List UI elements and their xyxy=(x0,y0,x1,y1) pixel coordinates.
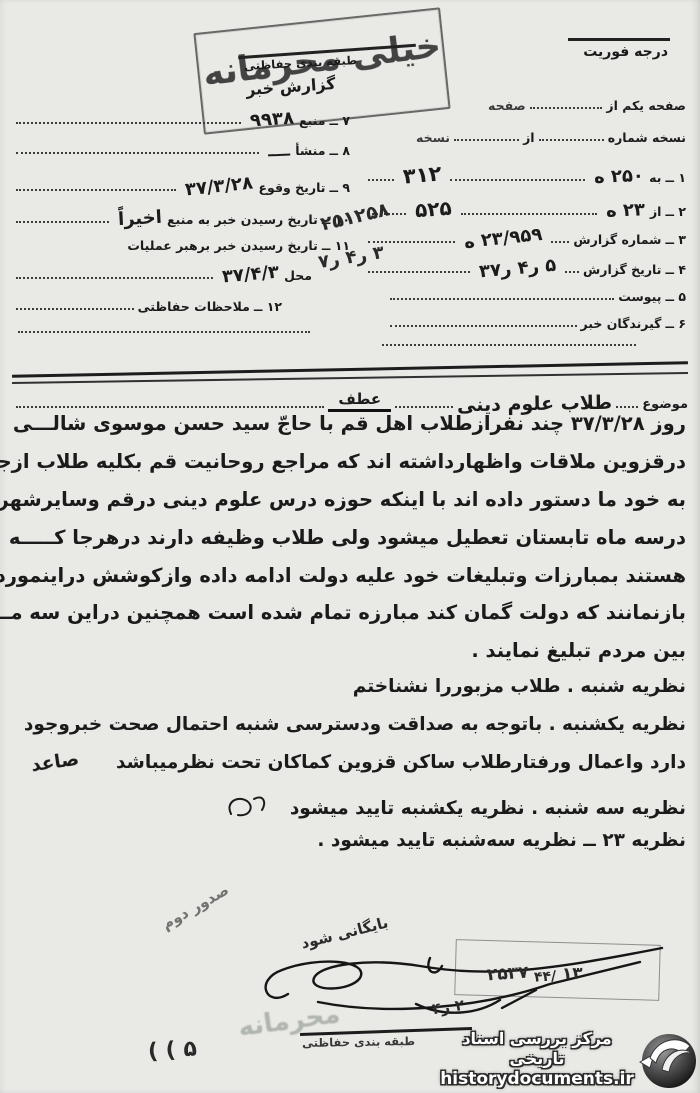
field-row-4-report-date: ۴ ــ تاریخ گزارش ۵ ر۴ ر۳۷ xyxy=(364,258,686,277)
small-signature-icon xyxy=(223,792,269,822)
corner-marks-handwriting: ( ( ۵ xyxy=(147,1036,197,1064)
field-row-8-origin: ۸ ــ منشأ ــــ xyxy=(12,141,350,158)
receipt-stamp-number3: ۱۳ xyxy=(562,964,583,985)
opinion-saturday: نظریه شنبه . طلاب مزبوررا نشناختم xyxy=(12,676,686,697)
dotted-leader xyxy=(395,406,453,408)
handwritten-value: ۲۵۰ ه xyxy=(594,165,645,188)
dotted-leader xyxy=(368,271,470,273)
urgency-rule xyxy=(568,38,670,41)
dotted-leader xyxy=(551,241,569,243)
field-number: ۳ ــ xyxy=(665,232,686,247)
field-row-11-place: محل ۳۷/۴/۳ xyxy=(12,264,312,283)
receipt-stamp-number: ۲۵۳۷ xyxy=(486,963,529,986)
field-number: ۹ ــ xyxy=(329,180,350,195)
dotted-leader xyxy=(16,221,109,223)
copy-of-label: از xyxy=(523,130,534,145)
issue-note-handwriting: صدور دوم xyxy=(158,881,231,934)
page-count-row: صفحه یکم از صفحه xyxy=(488,98,686,113)
copy-suffix: نسخه xyxy=(416,130,450,145)
dotted-leader xyxy=(454,139,519,141)
field-row-9-occurrence-date: ۹ ــ تاریخ وقوع ۳۷/۳/۲۸ xyxy=(12,176,350,195)
subject-row: موضوع طلاب علوم دینی عطف xyxy=(12,390,688,412)
handwritten-value: ۳۷/۴/۳ xyxy=(221,262,280,288)
dotted-leader xyxy=(16,406,324,408)
place-label: محل xyxy=(284,268,312,283)
dotted-leader xyxy=(18,331,310,333)
body-line: درقزوین ملاقات واظهارداشته اند که مراجع … xyxy=(12,450,686,473)
dotted-leader xyxy=(461,213,597,215)
opinion-23: نظریه ۲۳ ــ نظریه سه‌شنبه تایید میشود . xyxy=(12,830,686,851)
body-line: بین مردم تبلیغ نمایند . xyxy=(12,639,686,662)
field-row-2-from: ۲ ــ از ۲۳ ه ۵۲۵ xyxy=(364,197,686,219)
watermark: مرکز بررسی اسناد تاریخی historydocuments… xyxy=(438,1026,700,1093)
dotted-leader xyxy=(16,152,259,154)
field-label: تاریخ وقوع xyxy=(258,180,325,195)
page-count-label: صفحه یکم از xyxy=(606,98,686,113)
watermark-text: مرکز بررسی اسناد تاریخی historydocuments… xyxy=(438,1029,636,1090)
body-line: روز ۳۷/۳/۲۸ چند نفرازطلاب اهل قم با حاجّ… xyxy=(12,412,686,435)
body-line: هستند بمبارزات وتبلیغات خود علیه دولت اد… xyxy=(12,564,686,587)
field-label: منبع xyxy=(299,113,325,128)
field-label: به xyxy=(649,170,661,185)
dotted-leader xyxy=(16,189,176,191)
field-number: ۲ ــ xyxy=(665,204,686,219)
dotted-leader xyxy=(390,298,614,300)
dotted-leader xyxy=(16,122,241,124)
field-label: تاریخ گزارش xyxy=(583,262,661,277)
handwritten-value: ــــ xyxy=(268,141,291,161)
handwritten-value: اخیراً xyxy=(118,207,163,230)
bottom-classification-label: طبقه بندی حفاظتی xyxy=(302,1034,415,1050)
body-line: بازنمانند که دولت گمان کند مبارزه تمام ش… xyxy=(12,601,686,624)
handwritten-extra: ۳۱۲ xyxy=(402,161,442,188)
field-number: ۱۲ ــ xyxy=(254,299,282,314)
handwritten-value: ۳۷/۳/۲۸ xyxy=(184,172,254,200)
field-row-7-source: ۷ ــ منبع ۹۹۳۸ xyxy=(12,109,350,128)
document-page: درجه فوریت خیلی محرمانه طبقه بندی حفاظتی… xyxy=(0,0,700,1093)
field-label: شماره گزارش xyxy=(573,232,661,247)
field-label: تاریخ رسیدن خبر به منبع xyxy=(167,212,318,227)
field-row-12-security-notes: ۱۲ ــ ملاحظات حفاظتی xyxy=(12,299,282,314)
field-number: ۷ ــ xyxy=(329,113,350,128)
urgency-heading: درجه فوریت xyxy=(583,44,668,60)
blank-dotted-row xyxy=(14,331,314,337)
dotted-leader xyxy=(530,107,603,109)
copy-number-row: نسخه شماره از نسخه xyxy=(416,130,686,145)
receipt-stamp-number2: ۴۴/ xyxy=(534,968,557,985)
field-label: گیرندگان خبر xyxy=(581,316,662,331)
body-line: درسه ماه تابستان تعطیل میشود ولی طلاب وظ… xyxy=(12,526,686,549)
opinion-text: نظریه سه شنبه . نظریه یکشنبه تایید میشود xyxy=(290,798,686,819)
page-count-suffix: صفحه xyxy=(488,98,526,113)
field-label: ملاحظات حفاظتی xyxy=(138,299,250,314)
handwritten-value: ۲۳ ه xyxy=(606,199,646,221)
watermark-line2: historydocuments.ir xyxy=(438,1069,636,1090)
field-row-5-attachment: ۵ ــ پیوست xyxy=(386,289,686,304)
field-label: تاریخ رسیدن خبر برهبر عملیات xyxy=(127,238,317,253)
handwritten-value: ۹۹۳۸ xyxy=(249,107,294,131)
field-row-11-date-to-ops: ۱۱ ــ تاریخ رسیدن خبر برهبر عملیات xyxy=(12,238,350,253)
field-row-6-recipients: ۶ ــ گیرندگان خبر xyxy=(386,316,686,331)
field-row-3-report-number: ۳ ــ شماره گزارش ۲۳/۹۵۹ ه xyxy=(364,228,686,247)
field-row-10-date-to-source: ۱۰ ــ تاریخ رسیدن خبر به منبع اخیراً xyxy=(12,208,350,227)
field-number: ۶ ــ xyxy=(665,316,686,331)
field-label: منشأ xyxy=(295,143,325,158)
field-number: ۸ ــ xyxy=(329,143,350,158)
dotted-leader xyxy=(539,139,604,141)
receipt-stamp-border xyxy=(454,939,660,1001)
dotted-leader xyxy=(616,406,638,408)
opinion-sunday-cont: دارد واعمال ورفتارطلاب ساکن قزوین کماکان… xyxy=(12,752,686,773)
watermark-logo-icon xyxy=(636,1028,700,1092)
dotted-leader xyxy=(450,179,585,181)
field-row-1-to: ۱ ــ به ۲۵۰ ه ۳۱۲ xyxy=(364,163,686,185)
field-label: از xyxy=(650,204,661,219)
dotted-leader xyxy=(368,179,394,181)
body-line: به خود ما دستور داده اند با اینکه حوزه د… xyxy=(12,488,686,511)
dotted-leader xyxy=(565,271,579,273)
handwritten-value: ۵ ر۴ ر۳۷ xyxy=(478,255,557,283)
dotted-leader xyxy=(382,344,636,346)
blank-dotted-row xyxy=(378,344,640,350)
field-number: ۵ ــ xyxy=(665,289,686,304)
signature-saed: صاعد xyxy=(30,749,81,776)
watermark-line1: مرکز بررسی اسناد تاریخی xyxy=(438,1029,636,1069)
dotted-leader xyxy=(390,325,577,327)
field-label: پیوست xyxy=(618,289,661,304)
dotted-leader xyxy=(16,308,134,310)
field-number: ۱ ــ xyxy=(665,170,686,185)
opinion-tuesday: نظریه سه شنبه . نظریه یکشنبه تایید میشود xyxy=(12,792,686,822)
handwritten-value: ۲۳/۹۵۹ ه xyxy=(463,224,543,253)
reference-label: عطف xyxy=(328,390,391,412)
handwritten-extra: ۵۲۵ xyxy=(414,196,452,222)
field-number: ۴ ــ xyxy=(665,262,686,277)
opinion-sunday: نظریه یکشنبه . باتوجه به صداقت ودسترسی ش… xyxy=(12,714,686,735)
opinion-text: دارد واعمال ورفتارطلاب ساکن قزوین کماکان… xyxy=(116,752,686,773)
dotted-leader xyxy=(16,277,213,279)
copy-number-label: نسخه شماره xyxy=(608,130,686,145)
subject-label: موضوع xyxy=(642,397,688,412)
